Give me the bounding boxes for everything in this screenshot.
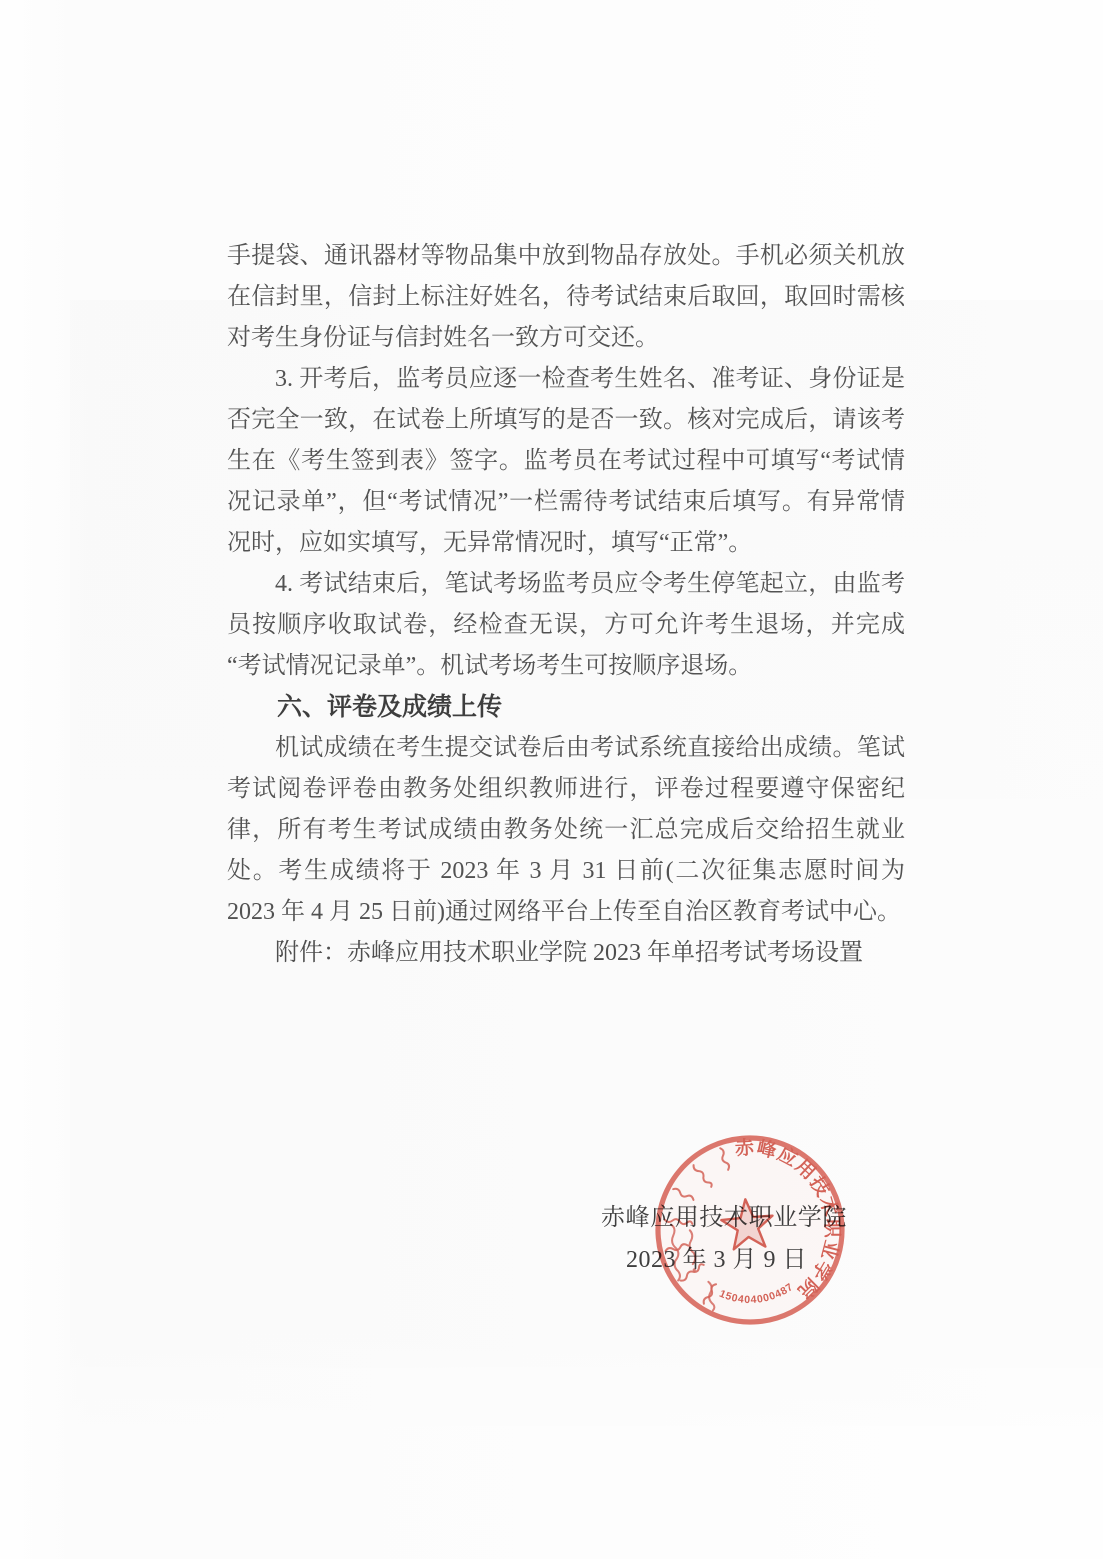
paragraph-grading-upload: 机试成绩在考生提交试卷后由考试系统直接给出成绩。笔试考试阅卷评卷由教务处组织教师… (227, 728, 905, 933)
paragraph-continuation: 手提袋、通讯器材等物品集中放到物品存放处。手机必须关机放在信封里，信封上标注好姓… (227, 236, 905, 359)
document-page: 手提袋、通讯器材等物品集中放到物品存放处。手机必须关机放在信封里，信封上标注好姓… (0, 0, 1103, 1559)
official-seal: 赤峰应用技术职业学院 1504040004877 (639, 1119, 860, 1340)
section-heading: 六、评卷及成绩上传 (227, 687, 905, 728)
paragraph-item-3: 3. 开考后，监考员应逐一检查考生姓名、准考证、身份证是否完全一致，在试卷上所填… (227, 359, 905, 564)
attachment-line: 附件：赤峰应用技术职业学院 2023 年单招考试考场设置 (227, 933, 905, 974)
document-body: 手提袋、通讯器材等物品集中放到物品存放处。手机必须关机放在信封里，信封上标注好姓… (227, 236, 905, 974)
paragraph-item-4: 4. 考试结束后，笔试考场监考员应令考生停笔起立，由监考员按顺序收取试卷，经检查… (227, 564, 905, 687)
